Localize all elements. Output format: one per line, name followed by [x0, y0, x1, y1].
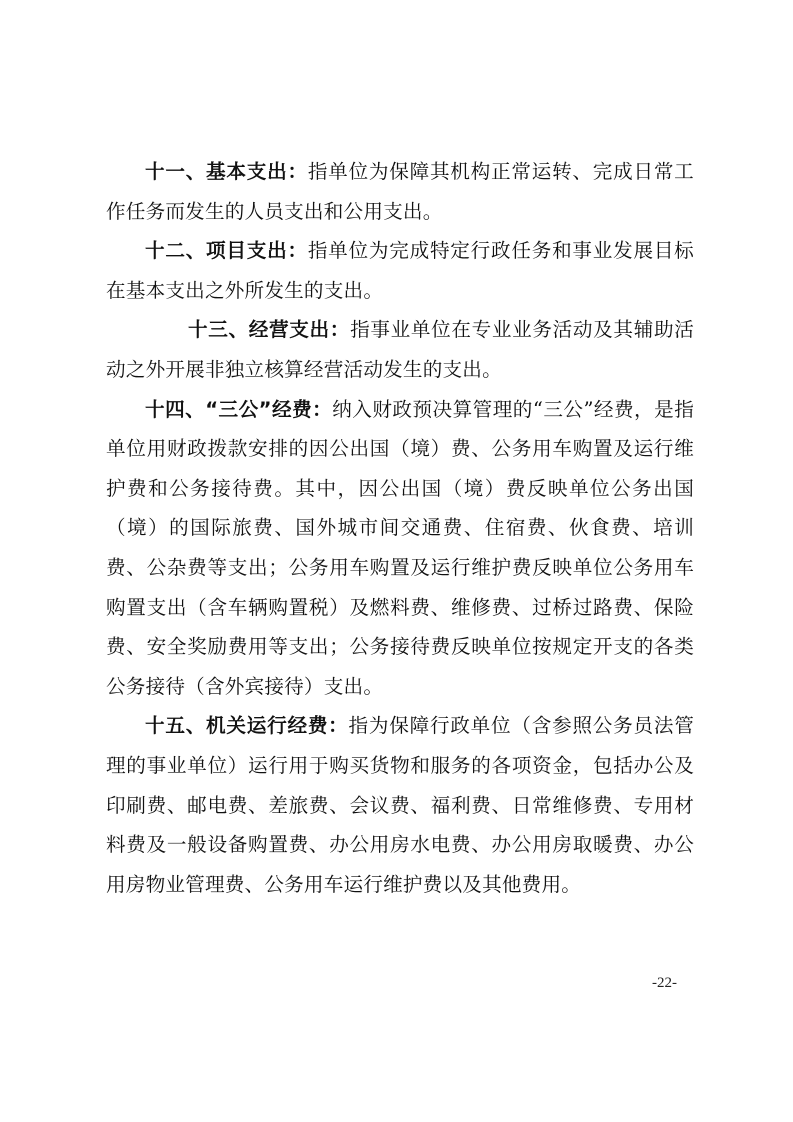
page-number: -22- [652, 975, 677, 992]
definition-operating-expenditure: 十三、经营支出：指事业单位在专业业务活动及其辅助活动之外开展非独立核算经营活动发… [106, 310, 694, 389]
term-label: 十三、经营支出： [188, 318, 350, 341]
definition-basic-expenditure: 十一、基本支出：指单位为保障其机构正常运转、完成日常工作任务而发生的人员支出和公… [106, 152, 694, 231]
term-label: 十五、机关运行经费： [145, 714, 349, 737]
term-label: 十二、项目支出： [145, 239, 308, 262]
term-label: 十四、“三公”经费： [145, 398, 332, 421]
definition-text: 指为保障行政单位（含参照公务员法管理的事业单位）运行用于购买货物和服务的各项资金… [106, 714, 694, 895]
definition-three-public-expenses: 十四、“三公”经费：纳入财政预决算管理的“三公”经费，是指单位用财政拨款安排的因… [106, 390, 694, 707]
definition-agency-operating-funds: 十五、机关运行经费：指为保障行政单位（含参照公务员法管理的事业单位）运行用于购买… [106, 706, 694, 904]
definition-text: 纳入财政预决算管理的“三公”经费，是指单位用财政拨款安排的因公出国（境）费、公务… [106, 398, 694, 698]
term-label: 十一、基本支出： [145, 160, 308, 183]
definition-project-expenditure: 十二、项目支出：指单位为完成特定行政任务和事业发展目标在基本支出之外所发生的支出… [106, 231, 694, 310]
document-body: 十一、基本支出：指单位为保障其机构正常运转、完成日常工作任务而发生的人员支出和公… [106, 152, 694, 904]
